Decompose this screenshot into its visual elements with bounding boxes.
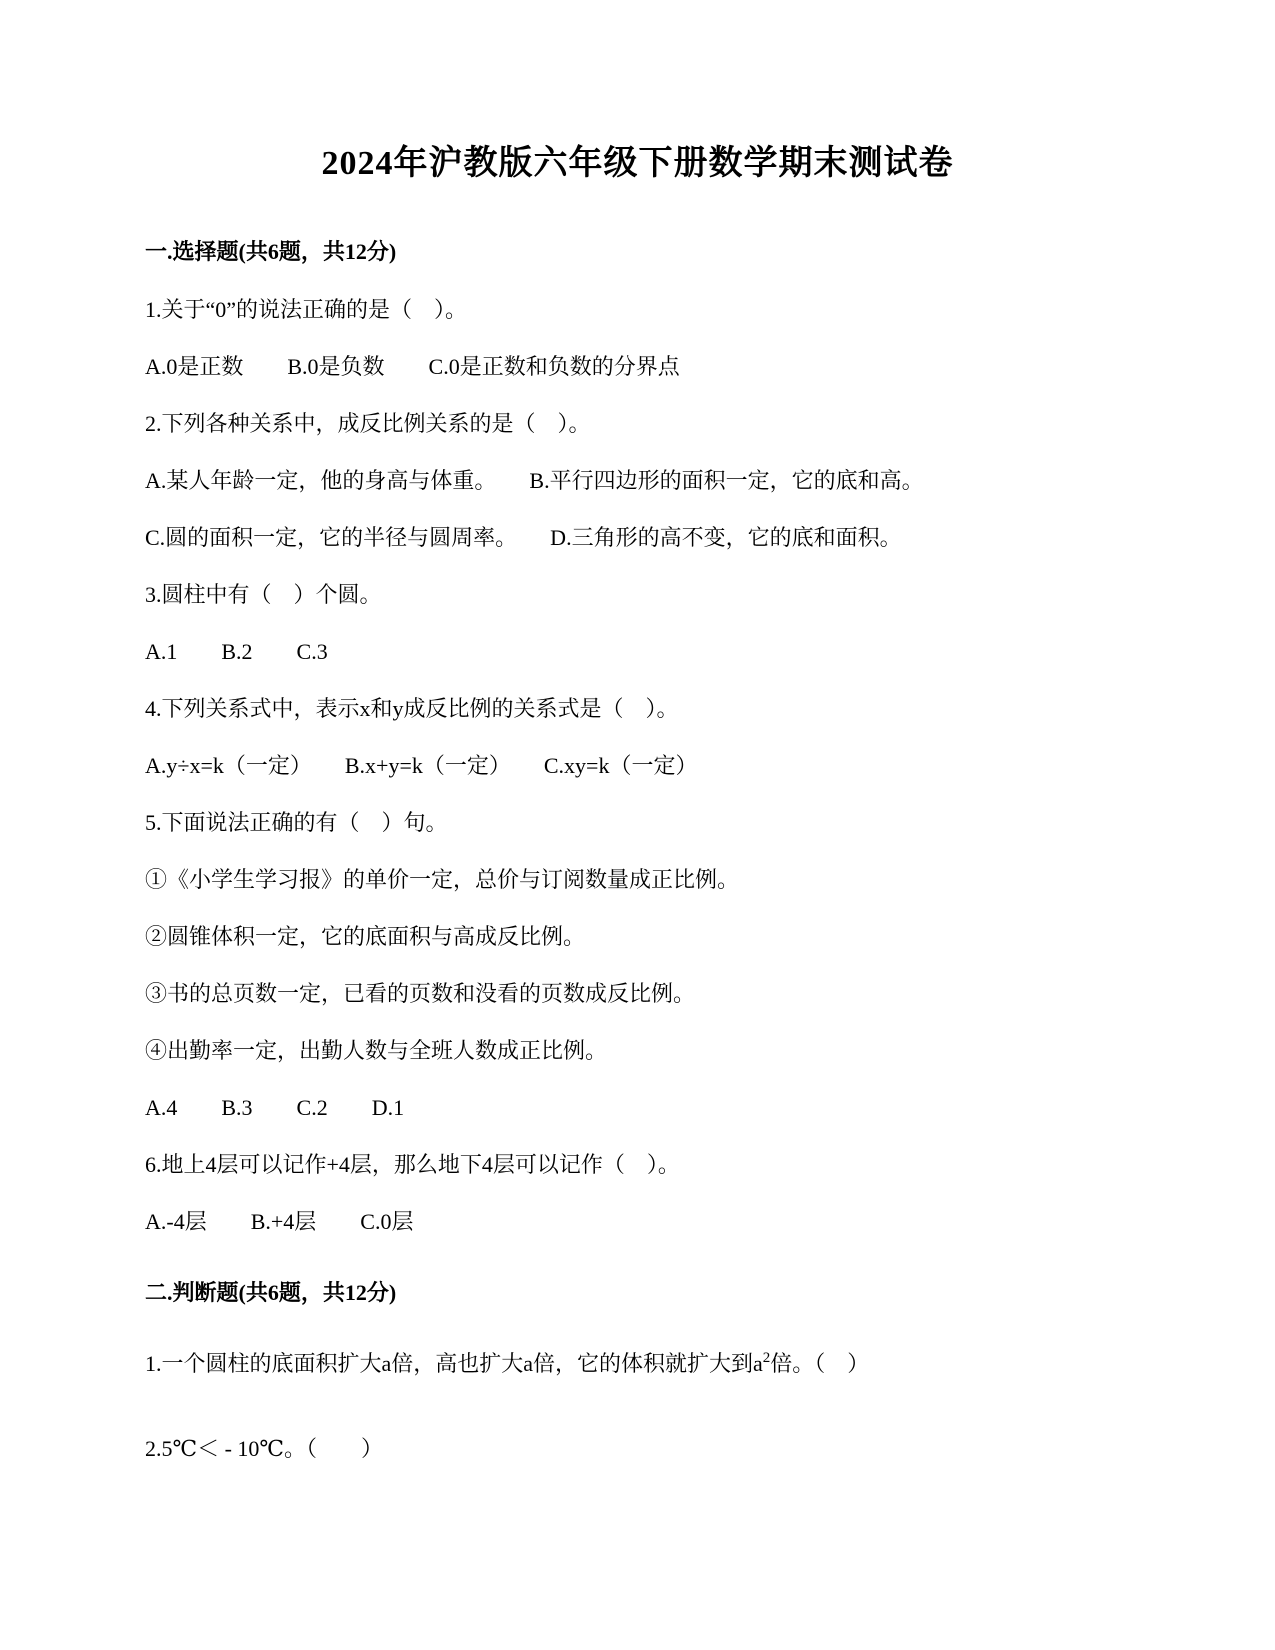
exam-body: 一.选择题(共6题，共12分) 1.关于“0”的说法正确的是（ ）。 A.0是正… [145, 240, 1130, 1460]
judge-q1-text: 1.一个圆柱的底面积扩大a倍，高也扩大a倍，它的体积就扩大到a [145, 1351, 763, 1376]
choice-q5-item-1: ①《小学生学习报》的单价一定，总价与订阅数量成正比例。 [145, 869, 1130, 891]
choice-q5-stem: 5.下面说法正确的有（ ）句。 [145, 812, 1130, 834]
judge-q1-tail: 倍。（ ） [770, 1351, 869, 1376]
judge-q1-stem: 1.一个圆柱的底面积扩大a倍，高也扩大a倍，它的体积就扩大到a2倍。（ ） [145, 1353, 1130, 1375]
choice-q1-options: A.0是正数 B.0是负数 C.0是正数和负数的分界点 [145, 356, 1130, 378]
choice-q5-item-2: ②圆锥体积一定，它的底面积与高成反比例。 [145, 926, 1130, 948]
section-choice-heading: 一.选择题(共6题，共12分) [145, 240, 1130, 264]
choice-q2-options-cd: C.圆的面积一定，它的半径与圆周率。 D.三角形的高不变，它的底和面积。 [145, 527, 1130, 549]
choice-q4-stem: 4.下列关系式中，表示x和y成反比例的关系式是（ ）。 [145, 698, 1130, 720]
choice-q5-item-3: ③书的总页数一定，已看的页数和没看的页数成反比例。 [145, 983, 1130, 1005]
choice-q1-stem: 1.关于“0”的说法正确的是（ ）。 [145, 299, 1130, 321]
choice-q6-options: A.-4层 B.+4层 C.0层 [145, 1211, 1130, 1233]
choice-q3-options: A.1 B.2 C.3 [145, 641, 1130, 663]
exam-page: 2024年沪教版六年级下册数学期末测试卷 一.选择题(共6题，共12分) 1.关… [0, 0, 1275, 1650]
section-judge-heading: 二.判断题(共6题，共12分) [145, 1281, 1130, 1305]
choice-q2-options-ab: A.某人年龄一定，他的身高与体重。 B.平行四边形的面积一定，它的底和高。 [145, 470, 1130, 492]
exam-title: 2024年沪教版六年级下册数学期末测试卷 [0, 0, 1275, 182]
choice-q4-options: A.y÷x=k（一定） B.x+y=k（一定） C.xy=k（一定） [145, 755, 1130, 777]
choice-q5-options: A.4 B.3 C.2 D.1 [145, 1097, 1130, 1119]
choice-q2-stem: 2.下列各种关系中，成反比例关系的是（ ）。 [145, 413, 1130, 435]
choice-q6-stem: 6.地上4层可以记作+4层，那么地下4层可以记作（ ）。 [145, 1154, 1130, 1176]
choice-q5-item-4: ④出勤率一定，出勤人数与全班人数成正比例。 [145, 1040, 1130, 1062]
judge-q2-stem: 2.5℃＜ - 10℃。（ ） [145, 1438, 1130, 1460]
choice-q3-stem: 3.圆柱中有（ ）个圆。 [145, 584, 1130, 606]
